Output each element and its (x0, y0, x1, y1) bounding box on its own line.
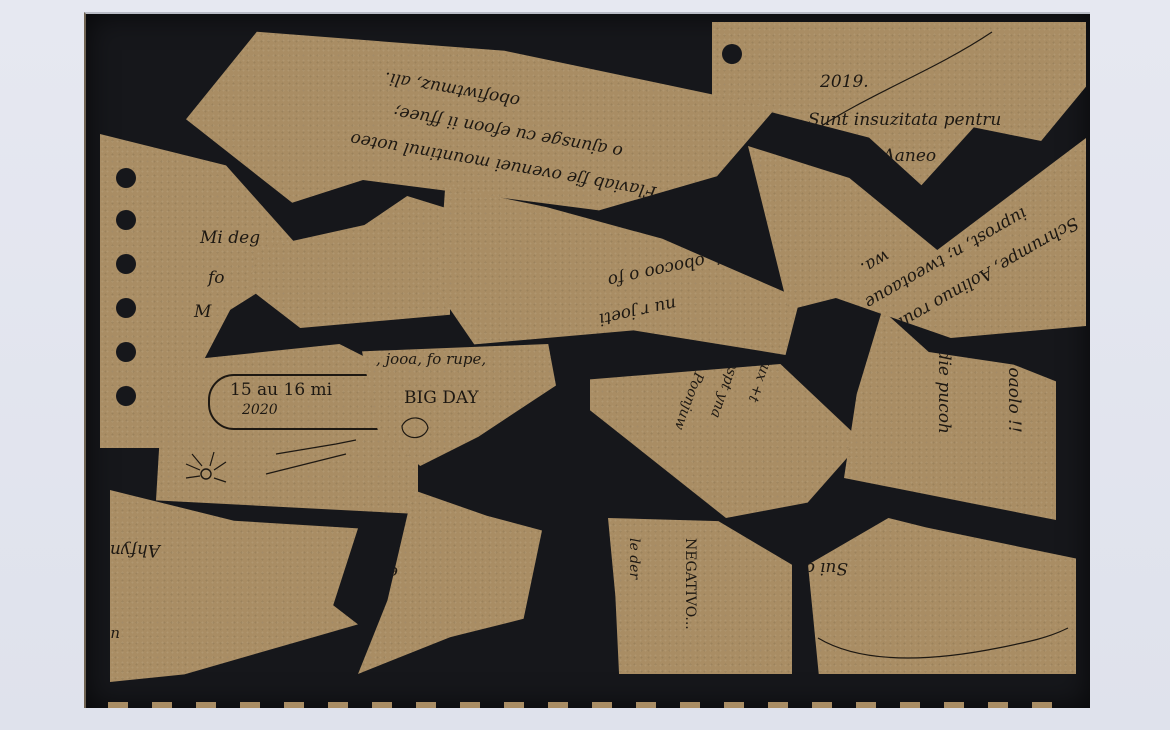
fragment-bottom-center-right: NEGATIVO... le der (608, 518, 792, 674)
fragment-middle-right-right: si die pucoh uua oaolo !! (844, 310, 1056, 520)
fragment-bottom-left: Ahfyne uit-o eujdol u ,jogol (110, 490, 358, 682)
fragment-top-long: Flaviab fje ovenuei mountinul uoteo o aj… (186, 28, 776, 218)
fragment-center: nu r joeti ps. lui, obocoo o fo c— ,foro… (438, 186, 800, 362)
fragment-middle-right-left: tux +t Hospt yna offa. Poonjuw (590, 364, 862, 518)
fragment-bottom-right: Sui dorou nifu ud (808, 518, 1076, 674)
fragment-bottom-center-left: enu ui recouy ofou (358, 490, 542, 674)
black-backing-board: 2019. Sunt insuzitata pentru der Aaneo F… (84, 12, 1090, 708)
white-mat: 2019. Sunt insuzitata pentru der Aaneo F… (0, 0, 1170, 730)
